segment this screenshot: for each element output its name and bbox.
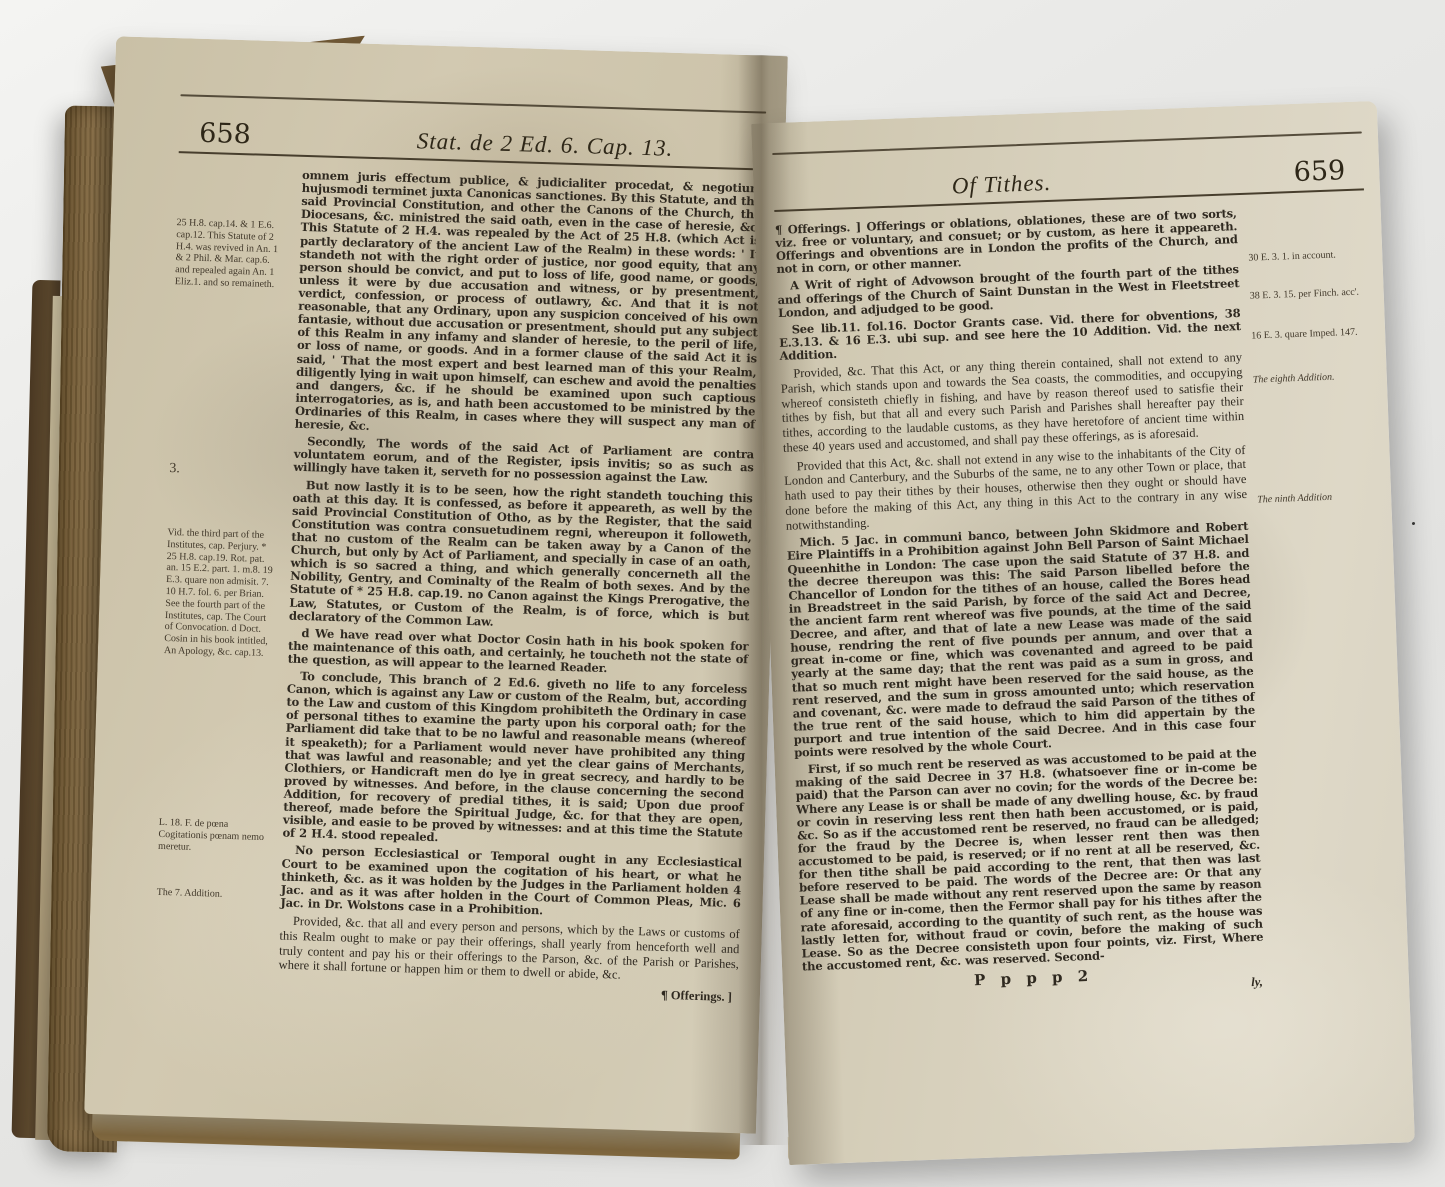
left-margin-notes-column: 25 H.8. cap.14. & 1 E.6. cap.12. This St… (154, 165, 290, 991)
margin-note: 16 E. 3. quare Imped. 147. (1251, 326, 1365, 342)
body-paragraph: No person Ecclesiastical or Temporal oug… (280, 844, 742, 923)
left-text-column: omnem juris effectum publice, & judicial… (278, 169, 762, 1005)
margin-note: 30 E. 3. 1. in account. (1248, 249, 1362, 265)
margin-note: 3. (169, 461, 277, 481)
open-book: 658 Stat. de 2 Ed. 6. Cap. 13. 25 H.8. c… (0, 0, 1445, 1187)
body-paragraph: First, if so much rent be reserved as wa… (795, 747, 1264, 974)
book-photo: 658 Stat. de 2 Ed. 6. Cap. 13. 25 H.8. c… (0, 0, 1445, 1187)
header-rule-top (180, 94, 766, 113)
page-number: 658 (183, 117, 330, 152)
right-text-column: ¶ Offerings. ] Offerings or oblations, o… (775, 207, 1266, 1011)
header-rule-top (772, 131, 1362, 155)
catchword: ly, (1251, 975, 1263, 990)
body-paragraph: But now lastly it is to be seen, how the… (289, 478, 753, 636)
right-page-header: Of Tithes. 659 (773, 149, 1364, 212)
body-paragraph: Mich. 5 Jac. in communi banco, between J… (786, 520, 1256, 760)
margin-note: 38 E. 3. 15. per Finch. acc'. (1250, 286, 1364, 302)
right-page: Of Tithes. 659 ¶ Offerings. ] Offerings … (751, 101, 1415, 1165)
margin-note: The ninth Addition (1257, 490, 1371, 506)
running-title: Stat. de 2 Ed. 6. Cap. 13. (329, 126, 762, 165)
page-number: 659 (1225, 155, 1360, 191)
left-page-header: 658 Stat. de 2 Ed. 6. Cap. 13. (179, 112, 766, 170)
running-title: Of Tithes. (777, 163, 1226, 205)
body-paragraph: omnem juris effectum publice, & judicial… (295, 169, 763, 445)
margin-note: The 7. Addition. (157, 887, 265, 902)
body-paragraph: Provided, &c. That this Act, or any thin… (780, 350, 1245, 455)
right-margin-notes-column: 30 E. 3. 1. in account. 38 E. 3. 15. per… (1246, 202, 1393, 994)
margin-note: The eighth Addition. (1253, 370, 1367, 386)
book-gutter-shadow (738, 55, 790, 1145)
margin-note: Vid. the third part of the Institutes, c… (164, 527, 276, 660)
body-paragraph: Provided, &c. that all and every person … (278, 914, 740, 987)
left-page: 658 Stat. de 2 Ed. 6. Cap. 13. 25 H.8. c… (84, 36, 788, 1133)
margin-note: 25 H.8. cap.14. & 1 E.6. cap.12. This St… (175, 217, 285, 291)
body-paragraph: To conclude, This branch of 2 Ed.6. give… (282, 670, 747, 854)
margin-note: L. 18. F. de pœna Cogitationis pœnam nem… (158, 817, 267, 856)
body-paragraph: Provided that this Act, &c. shall not ex… (783, 443, 1247, 534)
